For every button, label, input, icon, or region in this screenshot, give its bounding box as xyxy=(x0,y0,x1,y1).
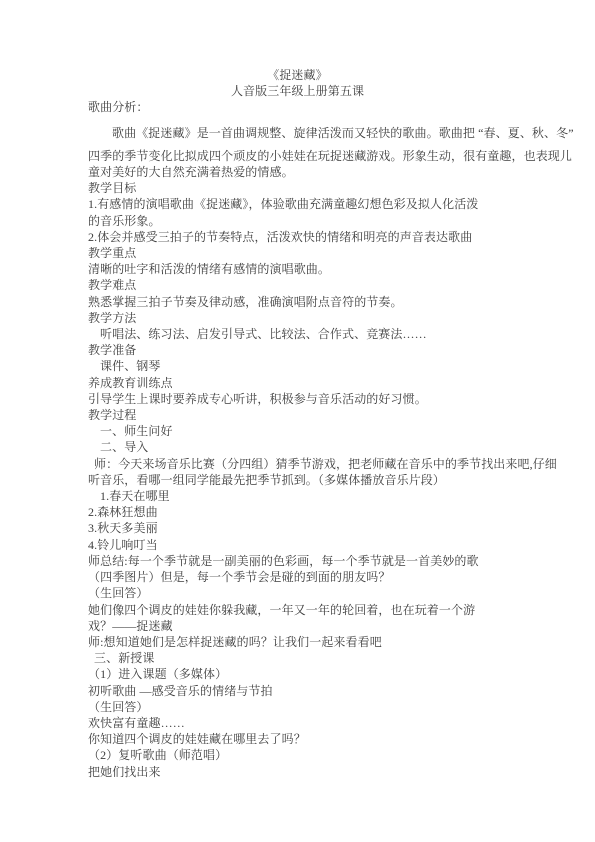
new-lesson-item-2: （2）复听歌曲（师范唱） xyxy=(88,747,545,763)
heading-song-analysis: 歌曲分析： xyxy=(88,99,545,115)
heading-teaching-difficulty: 教学难点 xyxy=(88,277,545,293)
student-answer-1: （生回答） xyxy=(88,585,545,601)
music-clip-4: 4.铃儿响叮当 xyxy=(88,537,545,553)
process-step-3: 三、新授课 xyxy=(88,650,545,666)
teacher-summary-line-2: （四季图片）但是，每一个季节会是碰的到面的朋友吗？ xyxy=(88,569,545,585)
song-analysis-line-3: 童对美好的大自然充满着热爱的情感。 xyxy=(88,164,545,180)
mood-answer-text: 欢快富有童趣…… xyxy=(88,715,545,731)
teacher-summary-line-1: 师总结:每一个季节就是一副美丽的色彩画，每一个季节就是一首美妙的歌 xyxy=(88,553,545,569)
music-clip-1: 1.春天在哪里 xyxy=(88,488,545,504)
song-analysis-line-1: 歌曲《捉迷藏》是一首曲调规整、旋律活泼而又轻快的歌曲。歌曲把 “春、夏、秋、冬” xyxy=(88,125,545,141)
music-clip-2: 2.森林狂想曲 xyxy=(88,504,545,520)
first-listen-text: 初听歌曲 —感受音乐的情绪与节拍 xyxy=(88,683,545,699)
question-where-hidden: 你知道四个调皮的娃娃藏在哪里去了吗？ xyxy=(88,731,545,747)
new-lesson-item-1: （1）进入课题（多媒体） xyxy=(88,666,545,682)
goal-1-line-2: 的音乐形象。 xyxy=(88,213,545,229)
heading-teaching-preparation: 教学准备 xyxy=(88,342,545,358)
habit-training-text: 引导学生上课时要养成专心听讲，积极参与音乐活动的好习惯。 xyxy=(88,391,545,407)
teaching-difficulty-text: 熟悉掌握三拍子节奏及律动感，准确演唱附点音符的节奏。 xyxy=(88,294,545,310)
teacher-intro-line-1: 师：今天来场音乐比赛（分四组）猜季节游戏，把老师藏在音乐中的季节找出来吧,仔细 xyxy=(88,456,545,472)
teaching-preparation-text: 课件、钢琴 xyxy=(88,358,545,374)
heading-teaching-focus: 教学重点 xyxy=(88,245,545,261)
document-content: 《捉迷藏》人音版三年级上册第五课歌曲分析：歌曲《捉迷藏》是一首曲调规整、旋律活泼… xyxy=(88,67,545,780)
find-them-text: 把她们找出来 xyxy=(88,764,545,780)
doc-subtitle: 人音版三年级上册第五课 xyxy=(0,83,595,99)
student-answer-2: （生回答） xyxy=(88,699,545,715)
process-step-1: 一、师生问好 xyxy=(88,423,545,439)
goal-2: 2.体会并感受三拍子的节奏特点，活泼欢快的情绪和明亮的声音表达歌曲 xyxy=(88,229,545,245)
heading-teaching-process: 教学过程 xyxy=(88,407,545,423)
document-page: 《捉迷藏》人音版三年级上册第五课歌曲分析：歌曲《捉迷藏》是一首曲调规整、旋律活泼… xyxy=(0,0,595,842)
process-step-2: 二、导入 xyxy=(88,439,545,455)
teaching-focus-text: 清晰的吐字和活泼的情绪有感情的演唱歌曲。 xyxy=(88,261,545,277)
teaching-methods-text: 听唱法、练习法、启发引导式、比较法、合作式、竞赛法…… xyxy=(88,326,545,342)
narration-line-1: 她们像四个调皮的娃娃你躲我藏，一年又一年的轮回着，也在玩着一个游 xyxy=(88,602,545,618)
doc-title: 《捉迷藏》 xyxy=(0,67,595,83)
heading-habit-training: 养成教育训练点 xyxy=(88,375,545,391)
song-analysis-line-2: 四季的季节变化比拟成四个顽皮的小娃娃在玩捉迷藏游戏。形象生动，很有童趣，也表现儿 xyxy=(88,148,545,164)
heading-teaching-goals: 教学目标 xyxy=(88,180,545,196)
teacher-intro-line-2: 听音乐，看哪一组同学能最先把季节抓到。（多媒体播放音乐片段） xyxy=(88,472,545,488)
music-clip-3: 3.秋天多美丽 xyxy=(88,520,545,536)
goal-1-line-1: 1.有感情的演唱歌曲《捉迷藏》，体验歌曲充满童趣幻想色彩及拟人化活泼 xyxy=(88,196,545,212)
heading-teaching-methods: 教学方法 xyxy=(88,310,545,326)
teacher-question: 师:想知道她们是怎样捉迷藏的吗？让我们一起来看看吧 xyxy=(88,634,545,650)
narration-line-2: 戏？——捉迷藏 xyxy=(88,618,545,634)
